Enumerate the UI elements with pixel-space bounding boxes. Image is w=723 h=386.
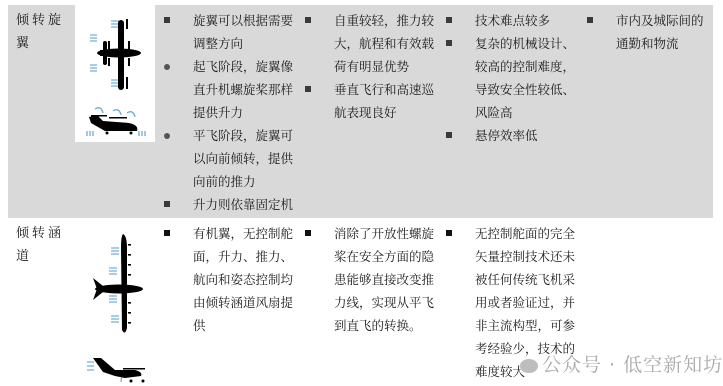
square-bullet-icon: [164, 230, 170, 236]
table-row-tiltrotor: 倾转旋翼: [8, 5, 713, 218]
advantages-list: 自重较轻，推力较大，航程和有效载荷有明显优势 垂直飞行和高速巡航表现良好: [296, 9, 437, 124]
image-cell: [75, 218, 155, 386]
type-name-cell: 倾转涵道: [8, 218, 75, 386]
square-bullet-icon: [446, 230, 452, 236]
tiltrotor-side-view-icon: [83, 101, 153, 141]
type-name: 倾转旋翼: [16, 9, 68, 55]
type-name: 倾转涵道: [16, 222, 68, 268]
list-item: 旋翼可以根据需要调整方向: [155, 9, 296, 55]
list-item: 消除了开放性螺旋桨在安全方面的隐患能够直接改变推力线，实现从平飞到直飞的转换。: [296, 222, 437, 337]
applications-cell: 市内及城际间的通勤和物流: [578, 5, 713, 218]
square-bullet-icon: [446, 17, 452, 23]
square-bullet-icon: [305, 17, 311, 23]
list-item: 有机翼，无控制舵面，升力、推力、航向和姿态控制均由倾转涵道风扇提供: [155, 222, 296, 337]
list-item: 技术难点较多: [437, 9, 578, 32]
list-item: 悬停效率低: [437, 124, 578, 147]
disadvantages-cell: 技术难点较多 复杂的机械设计、较高的控制难度，导致安全性较低、风险高 悬停效率低: [437, 5, 578, 218]
tilt-ducted-fan-side-view-icon: [85, 352, 155, 386]
image-cell: [75, 5, 155, 218]
wechat-icon: [520, 359, 538, 373]
list-item: 起飞阶段，旋翼像直升机螺旋桨那样提供升力: [155, 55, 296, 124]
list-item: 自重较轻，推力较大，航程和有效载荷有明显优势: [296, 9, 437, 78]
advantages-list: 消除了开放性螺旋桨在安全方面的隐患能够直接改变推力线，实现从平飞到直飞的转换。: [296, 222, 437, 337]
round-bullet-icon: [164, 64, 170, 70]
advantages-cell: 自重较轻，推力较大，航程和有效载荷有明显优势 垂直飞行和高速巡航表现良好: [296, 5, 437, 218]
square-bullet-icon: [164, 17, 170, 23]
round-bullet-icon: [164, 133, 170, 139]
list-item: 复杂的机械设计、较高的控制难度，导致安全性较低、风险高: [437, 32, 578, 124]
watermark: 公众号 · 低空新知坊: [520, 350, 723, 377]
square-bullet-icon: [164, 201, 170, 207]
features-cell: 有机翼，无控制舵面，升力、推力、航向和姿态控制均由倾转涵道风扇提供: [155, 218, 296, 386]
disadvantages-list: 技术难点较多 复杂的机械设计、较高的控制难度，导致安全性较低、风险高 悬停效率低: [437, 9, 578, 147]
square-bullet-icon: [446, 40, 452, 46]
tilt-ducted-fan-top-view-icon: [75, 218, 155, 338]
advantages-cell: 消除了开放性螺旋桨在安全方面的隐患能够直接改变推力线，实现从平飞到直飞的转换。: [296, 218, 437, 386]
square-bullet-icon: [446, 132, 452, 138]
applications-list: 市内及城际间的通勤和物流: [578, 9, 713, 55]
features-list: 旋翼可以根据需要调整方向 起飞阶段，旋翼像直升机螺旋桨那样提供升力 平飞阶段，旋…: [155, 9, 296, 239]
list-item: 垂直飞行和高速巡航表现良好: [296, 78, 437, 124]
square-bullet-icon: [305, 230, 311, 236]
square-bullet-icon: [305, 86, 311, 92]
features-list: 有机翼，无控制舵面，升力、推力、航向和姿态控制均由倾转涵道风扇提供: [155, 222, 296, 337]
features-cell: 旋翼可以根据需要调整方向 起飞阶段，旋翼像直升机螺旋桨那样提供升力 平飞阶段，旋…: [155, 5, 296, 218]
type-name-cell: 倾转旋翼: [8, 5, 75, 218]
square-bullet-icon: [587, 17, 593, 23]
list-item: 市内及城际间的通勤和物流: [578, 9, 713, 55]
list-item: 平飞阶段，旋翼可以向前倾转，提供向前的推力: [155, 124, 296, 193]
